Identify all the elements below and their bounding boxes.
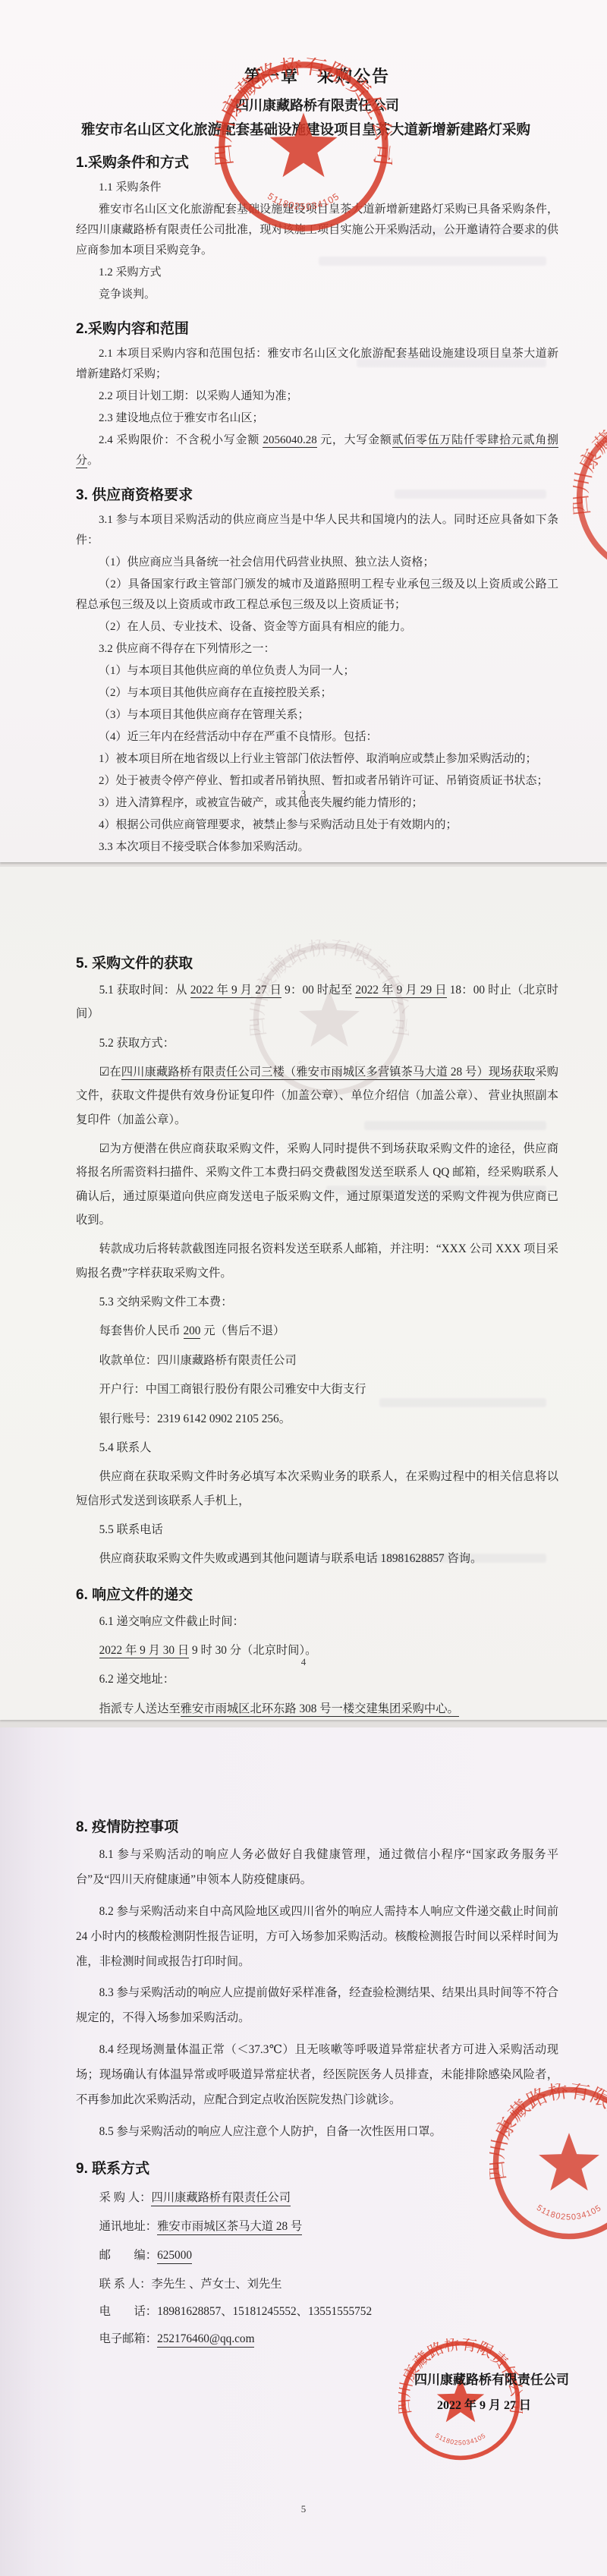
clause-2-4: 2.4 采购限价：不含税小写金额 2056040.28 元，大写金额贰佰零伍万陆… [76, 430, 558, 471]
delivery-address: 雅安市雨城区北环东路 308 号一楼交建集团采购中心。 [181, 1702, 459, 1717]
section-6-heading: 6. 响应文件的递交 [76, 1583, 558, 1604]
clause-6-1: 6.1 递交响应文件截止时间： [76, 1610, 558, 1633]
contact-label: 电子邮箱： [99, 2329, 158, 2346]
svg-text:5118025034105: 5118025034105 [434, 2432, 487, 2447]
checked-checkbox-icon: ☑ [99, 1142, 110, 1155]
obtain-time-prefix: 5.1 获取时间：从 [99, 984, 190, 997]
clause-3-1: 3.1 参与本项目采购活动的供应商应当是中华人民共和国境内的法人。同时还应具备如… [76, 510, 558, 551]
clause-8-2: 8.2 参与采购活动来自中高风险地区或四川省外的响应人需持本人响应文件递交截止时… [76, 1900, 558, 1975]
contact-label: 通讯地址： [99, 2217, 158, 2234]
contact-value: 雅安市雨城区茶马大道 28 号 [157, 2217, 302, 2235]
clause-5-2-option-b: ☑为方便潜在供应商获取采购文件，采购人同时提供不到场获取采购文件的途径，供应商将… [76, 1137, 558, 1232]
payee-line: 收款单位：四川康藏路桥有限责任公司 [76, 1349, 558, 1372]
delivery-prefix: 指派专人送达至 [99, 1702, 181, 1715]
signature-date: 2022 年 9 月 27 日 [437, 2395, 531, 2413]
clause-3-2-item-3: （3）与本项目其他供应商存在管理关系； [76, 705, 558, 726]
contact-row-email: 电子邮箱：252176460@qq.com [76, 2329, 558, 2348]
delivery-address-line: 指派专人送达至雅安市雨城区北环东路 308 号一楼交建集团采购中心。 [76, 1697, 558, 1720]
clause-5-3: 5.3 交纳采购文件工本费： [76, 1290, 558, 1314]
obtain-end-date: 2022 年 9 月 29 日 [355, 984, 446, 998]
contact-row-purchaser: 采 购 人：四川康藏路桥有限责任公司 [76, 2188, 558, 2206]
clause-8-1: 8.1 参与采购活动的响应人务必做好自我健康管理，通过微信小程序“国家政务服务平… [76, 1843, 558, 1893]
page-number: 4 [0, 1656, 607, 1668]
clause-1-2-label: 1.2 采购方式 [76, 263, 558, 283]
contact-value: 18981628857、15181245552、13551555752 [157, 2302, 372, 2319]
clause-6-2: 6.2 递交地址： [76, 1667, 558, 1691]
document-fee-line: 每套售价人民币 200 元（售后不退） [76, 1319, 558, 1343]
contact-value: 四川康藏路桥有限责任公司 [151, 2188, 291, 2206]
contact-value: 252176460@qq.com [157, 2332, 254, 2348]
price-limit-suffix: 。 [87, 455, 99, 467]
section-9-heading: 9. 联系方式 [76, 2157, 558, 2178]
price-limit-amount: 2056040.28 [263, 434, 316, 448]
document-page-2: 5. 采购文件的获取 5.1 获取时间：从 2022 年 9 月 27 日 9：… [0, 867, 607, 1720]
option-a-prefix: 在 [109, 1066, 121, 1079]
section-1-heading: 1.采购条件和方式 [76, 151, 558, 172]
clause-3-2-item-2: （2）与本项目其他供应商存在直接控股关系； [76, 683, 558, 704]
clause-3-2-item-4-sub-4: 4）根据公司供应商管理要求，被禁止参与采购活动且处于有效期内的； [76, 815, 558, 836]
section-8-heading: 8. 疫情防控事项 [76, 1815, 558, 1836]
clause-3-2-item-4: （4）近三年内在经营活动中存在严重不良情形。包括： [76, 727, 558, 748]
clause-3-1-item-3: （2）在人员、专业技术、设备、资金等方面具有相应的能力。 [76, 617, 558, 638]
section-5-heading: 5. 采购文件的获取 [76, 952, 558, 972]
page-number: 5 [0, 2503, 607, 2515]
checked-checkbox-icon: ☑ [99, 1066, 110, 1079]
bleed-through-artifact [379, 1398, 546, 1407]
fee-prefix: 每套售价人民币 [99, 1324, 184, 1337]
fee-suffix: 元（售后不退） [200, 1324, 285, 1337]
account-line: 银行账号：2319 6142 0902 2105 256。 [76, 1407, 558, 1431]
contact-value: 625000 [157, 2249, 192, 2264]
clause-5-2: 5.2 获取方式： [76, 1031, 558, 1055]
bleed-through-artifact [349, 1554, 546, 1563]
clause-8-4: 8.4 经现场测量体温正常（＜37.3℃）且无咳嗽等呼吸道异常症状者方可进入采购… [76, 2038, 558, 2113]
scanned-procurement-document: { "seal": { "company": "四川康藏路桥有限责任公司", "… [0, 0, 607, 2576]
clause-5-1: 5.1 获取时间：从 2022 年 9 月 27 日 9：00 时起至 2022… [76, 978, 558, 1026]
bleed-through-artifact [326, 1186, 546, 1195]
clause-5-4-text: 供应商在获取采购文件时务必填写本次采购业务的联系人，在采购过程中的相关信息将以短… [76, 1465, 558, 1513]
project-title-line: 雅安市名山区文化旅游配套基础设施建设项目皇茶大道新增新建路灯采购 [30, 119, 581, 139]
deadline-rest: 9 时 30 分（北京时间）。 [189, 1644, 316, 1657]
clause-2-3: 2.3 建设地点位于雅安市名山区； [76, 408, 558, 429]
obtain-time-mid: 9：00 时起至 [281, 984, 355, 997]
contact-label: 联 系 人： [99, 2275, 152, 2291]
document-page-1: 第一章 采购公告 四川康藏路桥有限责任公司 雅安市名山区文化旅游配套基础设施建设… [0, 0, 607, 862]
clause-5-5: 5.5 联系电话 [76, 1518, 558, 1542]
contact-label: 邮 编： [99, 2246, 158, 2263]
clause-3-2: 3.2 供应商不得存在下列情形之一： [76, 639, 558, 660]
clause-8-5: 8.5 参与采购活动的响应人应注意个人防护，自备一次性医用口罩。 [76, 2120, 558, 2145]
clause-3-1-item-2: （2）具备国家行政主管部门颁发的城市及道路照明工程专业承包三级及以上资质或公路工… [76, 575, 558, 616]
contact-value: 李先生 、芦女士、刘先生 [151, 2275, 281, 2291]
bleed-through-artifact [357, 358, 546, 367]
contact-row-postcode: 邮 编：625000 [76, 2246, 558, 2264]
bleed-through-artifact [395, 490, 546, 499]
price-limit-prefix: 2.4 采购限价：不含税小写金额 [99, 434, 263, 446]
clause-5-4: 5.4 联系人 [76, 1436, 558, 1460]
page-number: 3 [0, 788, 607, 800]
clause-5-2-transfer-note: 转款成功后将转款截图连同报名资料发送至联系人邮箱，并注明：“XXX 公司 XXX… [76, 1237, 558, 1285]
section-2-heading: 2.采购内容和范围 [76, 317, 558, 338]
contact-row-phones: 电 话：18981628857、15181245552、13551555752 [76, 2302, 558, 2319]
document-page-3: 8. 疫情防控事项 8.1 参与采购活动的响应人务必做好自我健康管理，通过微信小… [0, 1727, 607, 2576]
bleed-through-artifact [364, 1121, 546, 1130]
fee-amount: 200 [184, 1324, 201, 1339]
clause-2-2: 2.2 项目计划工期：以采购人通知为准； [76, 386, 558, 407]
option-b-text: 为方便潜在供应商获取采购文件，采购人同时提供不到场获取采购文件的途径，供应商将报… [76, 1142, 558, 1227]
contact-label: 电 话： [99, 2302, 158, 2319]
issuer-company-line: 四川康藏路桥有限责任公司 [76, 95, 558, 115]
clause-8-3: 8.3 参与采购活动的响应人应提前做好采样准备，经查验检测结果、结果出具时间等不… [76, 1981, 558, 2031]
signature-company-name: 四川康藏路桥有限责任公司 [414, 2369, 569, 2388]
seal-number-text: 5118025034105 [434, 2432, 487, 2447]
option-a-address: 四川康藏路桥有限责任公司三楼（雅安市雨城区多营镇茶马大道 28 号）现场获取 [121, 1066, 536, 1080]
contact-row-address: 通讯地址：雅安市雨城区茶马大道 28 号 [76, 2217, 558, 2235]
contact-label: 采 购 人： [99, 2188, 152, 2205]
clause-1-1-label: 1.1 采购条件 [76, 178, 558, 198]
clause-3-2-item-4-sub-1: 1）被本项目所在地省级以上行业主管部门依法暂停、取消响应或禁止参加采购活动的； [76, 749, 558, 770]
price-limit-mid: 元，大写金额 [317, 434, 392, 446]
clause-1-2-text: 竞争谈判。 [76, 285, 558, 305]
chapter-title: 第一章 采购公告 [76, 64, 558, 87]
clause-3-2-item-1: （1）与本项目其他供应商的单位负责人为同一人； [76, 661, 558, 682]
obtain-start-date: 2022 年 9 月 27 日 [190, 984, 281, 998]
clause-3-1-item-1: （1）供应商应当具备统一社会信用代码营业执照、独立法人资格； [76, 553, 558, 573]
clause-3-3: 3.3 本次项目不接受联合体参加采购活动。 [76, 837, 558, 858]
bleed-through-artifact [379, 228, 554, 237]
contact-row-persons: 联 系 人：李先生 、芦女士、刘先生 [76, 2275, 558, 2291]
bleed-through-artifact [319, 257, 546, 266]
